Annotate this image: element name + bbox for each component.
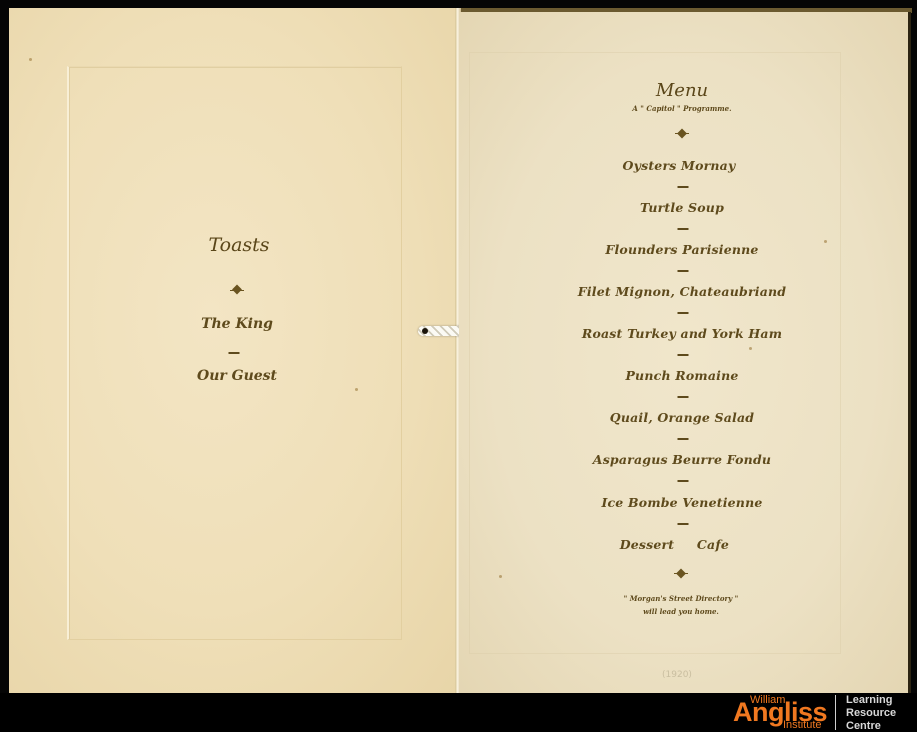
logo-divider [835, 695, 836, 730]
scanned-document: Toasts The King Our Guest Menu A " Capit… [0, 0, 917, 732]
separator-dash [678, 480, 689, 482]
separator-dash [678, 523, 689, 525]
footer-line-1: " Morgan's Street Directory " [624, 594, 739, 603]
resource-label: Resource [846, 707, 896, 719]
menu-item: Oysters Mornay [623, 158, 736, 173]
binding-hole [422, 328, 428, 334]
left-page [9, 8, 457, 693]
toast-item: The King [201, 316, 273, 332]
menu-item: Turtle Soup [640, 200, 724, 215]
menu-item: Filet Mignon, Chateaubriand [578, 284, 786, 299]
separator-dash [229, 352, 240, 354]
menu-item: Ice Bombe Venetienne [601, 495, 762, 510]
menu-item: Flounders Parisienne [605, 242, 758, 257]
separator-dash [678, 270, 689, 272]
menu-item-dessert: Dessert [620, 537, 675, 552]
logo-institute: Institute [783, 719, 822, 731]
toast-item: Our Guest [197, 368, 277, 384]
separator-dash [678, 438, 689, 440]
menu-heading: Menu [656, 80, 708, 101]
separator-dash [678, 186, 689, 188]
embossed-border [469, 52, 841, 654]
learning-label: Learning [846, 694, 892, 706]
separator-dash [678, 354, 689, 356]
paper-speck [499, 575, 502, 578]
centre-label: Centre [846, 720, 881, 732]
paper-speck [824, 240, 827, 243]
paper-speck [29, 58, 32, 61]
paper-speck [355, 388, 358, 391]
separator-dash [678, 396, 689, 398]
archive-stamp: (1920) [662, 670, 692, 680]
right-page [459, 12, 911, 693]
footer-line-2: will lead you home. [643, 607, 719, 616]
toasts-heading: Toasts [208, 234, 269, 256]
menu-item-cafe: Cafe [697, 537, 729, 552]
menu-item: Quail, Orange Salad [610, 410, 755, 425]
menu-item: Punch Romaine [625, 368, 738, 383]
paper-speck [749, 347, 752, 350]
menu-item: Asparagus Beurre Fondu [593, 452, 771, 467]
separator-dash [678, 228, 689, 230]
menu-subheading: A " Capitol " Programme. [632, 104, 731, 113]
separator-dash [678, 312, 689, 314]
menu-item: Roast Turkey and York Ham [582, 326, 782, 341]
